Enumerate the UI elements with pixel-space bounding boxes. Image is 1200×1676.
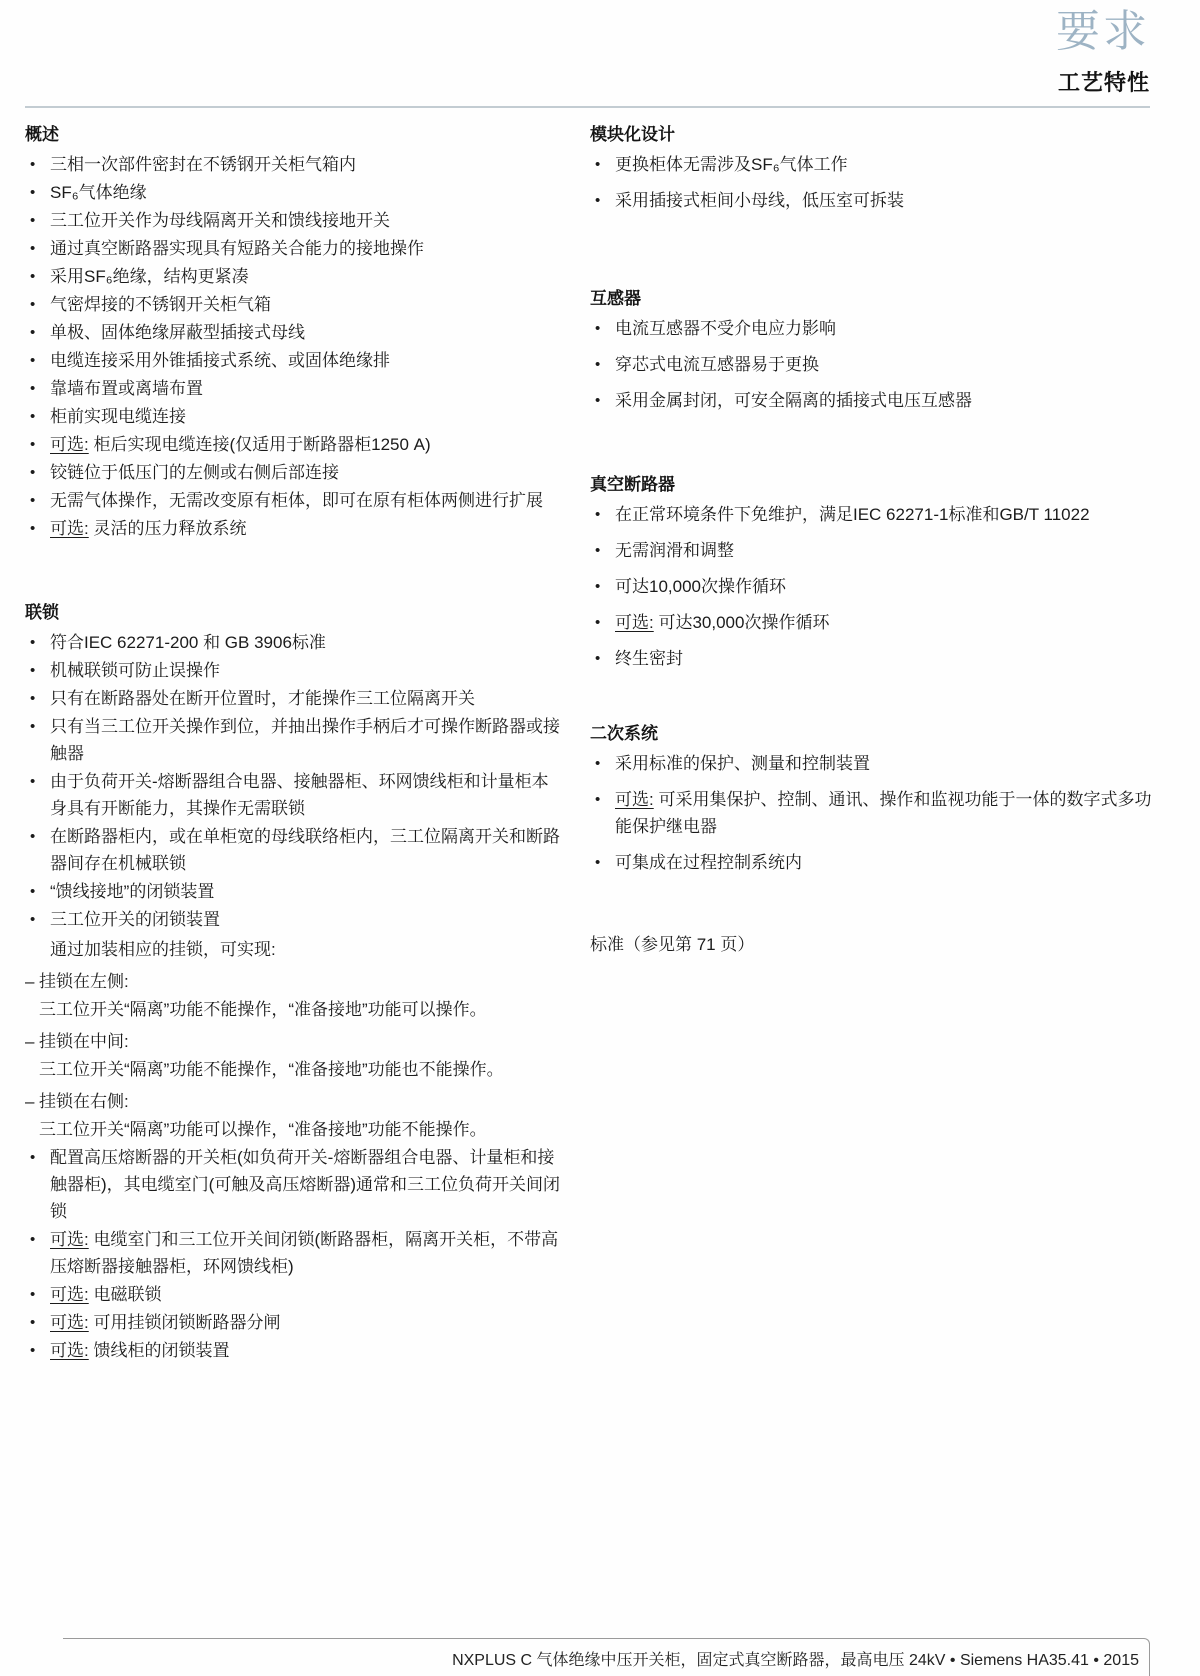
section: 联锁•符合IEC 62271-200 和 GB 3906标准•机械联锁可防止误操… — [25, 598, 562, 1364]
footer-text: NXPLUS C 气体绝缘中压开关柜，固定式真空断路器，最高电压 24kV • … — [452, 1652, 1139, 1669]
list-item: •采用SF₆绝缘，结构更紧凑 — [25, 263, 562, 290]
item-text: 灵活的压力释放系统 — [93, 519, 246, 538]
bullet-icon: • — [595, 315, 600, 342]
bullet-icon: • — [30, 459, 35, 486]
item-text: 可达10,000次操作循环 — [615, 577, 786, 596]
list-item: •电流互感器不受介电应力影响 — [590, 315, 1168, 342]
item-text: 采用插接式柜间小母线，低压室可拆装 — [615, 191, 904, 210]
item-text: 只有当三工位开关操作到位，并抽出操作手柄后才可操作断路器或接触器 — [50, 717, 560, 763]
bullet-icon: • — [595, 351, 600, 378]
section-heading: 联锁 — [25, 598, 562, 623]
list-item: 三工位开关“隔离”功能可以操作，“准备接地”功能不能操作。 — [25, 1116, 562, 1143]
bullet-icon: • — [595, 750, 600, 777]
list-item: •三工位开关的闭锁装置 — [25, 906, 562, 933]
item-text: 通过真空断路器实现具有短路关合能力的接地操作 — [50, 239, 424, 258]
bullet-icon: • — [30, 906, 35, 933]
item-list: •更换柜体无需涉及SF₆气体工作•采用插接式柜间小母线，低压室可拆装 — [590, 151, 1168, 214]
list-item: –挂锁在右侧: — [25, 1088, 562, 1115]
item-text: 在正常环境条件下免维护，满足IEC 62271-1标准和GB/T 11022 — [615, 505, 1090, 524]
item-text: 三工位开关“隔离”功能不能操作，“准备接地”功能可以操作。 — [39, 1000, 487, 1019]
item-text: 通过加装相应的挂锁，可实现: — [50, 940, 276, 959]
item-text: 电缆连接采用外锥插接式系统、或固体绝缘排 — [50, 351, 390, 370]
bullet-icon: • — [30, 1281, 35, 1308]
list-item: •采用插接式柜间小母线，低压室可拆装 — [590, 187, 1168, 214]
list-item: 通过加装相应的挂锁，可实现: — [25, 936, 562, 963]
list-item: •可选: 灵活的压力释放系统 — [25, 515, 562, 542]
list-item: •可集成在过程控制系统内 — [590, 849, 1168, 876]
optional-label: 可选: — [615, 613, 654, 632]
item-text: 无需气体操作，无需改变原有柜体，即可在原有柜体两侧进行扩展 — [50, 491, 543, 510]
bullet-icon: • — [30, 1144, 35, 1171]
item-text: 电缆室门和三工位开关间闭锁(断路器柜，隔离开关柜，不带高压熔断器接触器柜，环网馈… — [50, 1230, 558, 1276]
list-item: •可选: 可达30,000次操作循环 — [590, 609, 1168, 636]
bullet-icon: • — [30, 347, 35, 374]
list-item: •铰链位于低压门的左侧或右侧后部连接 — [25, 459, 562, 486]
optional-label: 可选: — [50, 1313, 89, 1332]
item-text: 可达30,000次操作循环 — [658, 613, 829, 632]
optional-label: 可选: — [50, 435, 89, 454]
bullet-icon: • — [595, 573, 600, 600]
page-subtitle: 工艺特性 — [1056, 66, 1150, 97]
bullet-icon: • — [30, 685, 35, 712]
item-text: 可集成在过程控制系统内 — [615, 853, 802, 872]
list-item: •SF₆气体绝缘 — [25, 179, 562, 206]
item-text: 柜后实现电缆连接(仅适用于断路器柜1250 A) — [93, 435, 430, 454]
list-item: •柜前实现电缆连接 — [25, 403, 562, 430]
item-text: 气密焊接的不锈钢开关柜气箱 — [50, 295, 271, 314]
item-text: 更换柜体无需涉及SF₆气体工作 — [615, 155, 848, 174]
bullet-icon: • — [30, 768, 35, 795]
bullet-icon: • — [30, 235, 35, 262]
item-text: “馈线接地”的闭锁装置 — [50, 882, 214, 901]
item-list: •采用标准的保护、测量和控制装置•可选: 可采用集保护、控制、通讯、操作和监视功… — [590, 750, 1168, 876]
list-item: •可选: 可用挂锁闭锁断路器分闸 — [25, 1309, 562, 1336]
list-item: •三工位开关作为母线隔离开关和馈线接地开关 — [25, 207, 562, 234]
bullet-icon: • — [30, 431, 35, 458]
right-column: 模块化设计•更换柜体无需涉及SF₆气体工作•采用插接式柜间小母线，低压室可拆装互… — [590, 120, 1168, 955]
item-text: 可采用集保护、控制、通讯、操作和监视功能于一体的数字式多功能保护继电器 — [615, 790, 1151, 836]
list-item: •“馈线接地”的闭锁装置 — [25, 878, 562, 905]
item-text: 三工位开关的闭锁装置 — [50, 910, 220, 929]
bullet-icon: • — [595, 786, 600, 813]
catalog-page: 要求 工艺特性 概述•三相一次部件密封在不锈钢开关柜气箱内•SF₆气体绝缘•三工… — [0, 0, 1200, 1676]
bullet-icon: • — [30, 657, 35, 684]
optional-label: 可选: — [50, 1230, 89, 1249]
item-text: 铰链位于低压门的左侧或右侧后部连接 — [50, 463, 339, 482]
item-text: 电磁联锁 — [93, 1285, 161, 1304]
section: 模块化设计•更换柜体无需涉及SF₆气体工作•采用插接式柜间小母线，低压室可拆装 — [590, 120, 1168, 214]
right-column-sections: 模块化设计•更换柜体无需涉及SF₆气体工作•采用插接式柜间小母线，低压室可拆装互… — [590, 120, 1168, 876]
list-item: •三相一次部件密封在不锈钢开关柜气箱内 — [25, 151, 562, 178]
item-text: 三工位开关“隔离”功能不能操作，“准备接地”功能也不能操作。 — [39, 1060, 504, 1079]
left-column: 概述•三相一次部件密封在不锈钢开关柜气箱内•SF₆气体绝缘•三工位开关作为母线隔… — [25, 120, 562, 1365]
bullet-icon: • — [595, 849, 600, 876]
section-heading: 互感器 — [590, 284, 1168, 309]
bullet-icon: • — [595, 537, 600, 564]
item-text: 采用金属封闭，可安全隔离的插接式电压互感器 — [615, 391, 972, 410]
list-item: •可选: 馈线柜的闭锁装置 — [25, 1337, 562, 1364]
item-text: 采用标准的保护、测量和控制装置 — [615, 754, 870, 773]
item-list: •电流互感器不受介电应力影响•穿芯式电流互感器易于更换•采用金属封闭，可安全隔离… — [590, 315, 1168, 414]
bullet-icon: • — [595, 187, 600, 214]
section-heading: 模块化设计 — [590, 120, 1168, 145]
item-text: 配置高压熔断器的开关柜(如负荷开关-熔断器组合电器、计量柜和接触器柜)，其电缆室… — [50, 1148, 560, 1221]
list-item: •符合IEC 62271-200 和 GB 3906标准 — [25, 629, 562, 656]
item-text: 机械联锁可防止误操作 — [50, 661, 220, 680]
list-item: •可选: 柜后实现电缆连接(仅适用于断路器柜1250 A) — [25, 431, 562, 458]
bullet-icon: • — [30, 151, 35, 178]
section: 概述•三相一次部件密封在不锈钢开关柜气箱内•SF₆气体绝缘•三工位开关作为母线隔… — [25, 120, 562, 542]
bullet-icon: • — [30, 263, 35, 290]
list-item: •无需润滑和调整 — [590, 537, 1168, 564]
item-text: 穿芯式电流互感器易于更换 — [615, 355, 819, 374]
item-text: 馈线柜的闭锁装置 — [93, 1341, 229, 1360]
list-item: •只有当三工位开关操作到位，并抽出操作手柄后才可操作断路器或接触器 — [25, 713, 562, 767]
list-item: –挂锁在中间: — [25, 1028, 562, 1055]
list-item: •可选: 电缆室门和三工位开关间闭锁(断路器柜，隔离开关柜，不带高压熔断器接触器… — [25, 1226, 562, 1280]
list-item: •电缆连接采用外锥插接式系统、或固体绝缘排 — [25, 347, 562, 374]
item-text: 可用挂锁闭锁断路器分闸 — [93, 1313, 280, 1332]
item-list: •符合IEC 62271-200 和 GB 3906标准•机械联锁可防止误操作•… — [25, 629, 562, 1364]
page-footer: NXPLUS C 气体绝缘中压开关柜，固定式真空断路器，最高电压 24kV • … — [63, 1638, 1150, 1676]
bullet-icon: • — [595, 645, 600, 672]
bullet-icon: • — [595, 151, 600, 178]
item-text: 在断路器柜内，或在单柜宽的母线联络柜内，三工位隔离开关和断路器间存在机械联锁 — [50, 827, 560, 873]
bullet-icon: • — [30, 878, 35, 905]
optional-label: 可选: — [50, 1285, 89, 1304]
list-item: •通过真空断路器实现具有短路关合能力的接地操作 — [25, 235, 562, 262]
item-text: 符合IEC 62271-200 和 GB 3906标准 — [50, 633, 326, 652]
dash-icon: – — [25, 968, 34, 995]
item-text: SF₆气体绝缘 — [50, 183, 147, 202]
list-item: 三工位开关“隔离”功能不能操作，“准备接地”功能也不能操作。 — [25, 1056, 562, 1083]
list-item: •靠墙布置或离墙布置 — [25, 375, 562, 402]
list-item: –挂锁在左侧: — [25, 968, 562, 995]
list-item: •气密焊接的不锈钢开关柜气箱 — [25, 291, 562, 318]
item-text: 终生密封 — [615, 649, 683, 668]
bullet-icon: • — [30, 515, 35, 542]
bullet-icon: • — [30, 1337, 35, 1364]
item-list: •三相一次部件密封在不锈钢开关柜气箱内•SF₆气体绝缘•三工位开关作为母线隔离开… — [25, 151, 562, 542]
bullet-icon: • — [30, 375, 35, 402]
item-text: 挂锁在中间: — [39, 1032, 129, 1051]
bullet-icon: • — [30, 629, 35, 656]
list-item: •穿芯式电流互感器易于更换 — [590, 351, 1168, 378]
item-text: 采用SF₆绝缘，结构更紧凑 — [50, 267, 249, 286]
list-item: •由于负荷开关-熔断器组合电器、接触器柜、环网馈线柜和计量柜本身具有开断能力，其… — [25, 768, 562, 822]
item-text: 三工位开关作为母线隔离开关和馈线接地开关 — [50, 211, 390, 230]
item-list: •在正常环境条件下免维护，满足IEC 62271-1标准和GB/T 11022•… — [590, 501, 1168, 672]
bullet-icon: • — [595, 501, 600, 528]
bullet-icon: • — [30, 291, 35, 318]
list-item: •在断路器柜内，或在单柜宽的母线联络柜内，三工位隔离开关和断路器间存在机械联锁 — [25, 823, 562, 877]
list-item: •更换柜体无需涉及SF₆气体工作 — [590, 151, 1168, 178]
item-text: 柜前实现电缆连接 — [50, 407, 186, 426]
page-header: 要求 工艺特性 — [1056, 4, 1150, 97]
bullet-icon: • — [30, 1226, 35, 1253]
list-item: •终生密封 — [590, 645, 1168, 672]
list-item: •在正常环境条件下免维护，满足IEC 62271-1标准和GB/T 11022 — [590, 501, 1168, 528]
standards-note: 标准（参见第 71 页） — [590, 930, 1168, 955]
section-heading: 二次系统 — [590, 719, 1168, 744]
list-item: •单极、固体绝缘屏蔽型插接式母线 — [25, 319, 562, 346]
section: 二次系统•采用标准的保护、测量和控制装置•可选: 可采用集保护、控制、通讯、操作… — [590, 719, 1168, 876]
list-item: •无需气体操作，无需改变原有柜体，即可在原有柜体两侧进行扩展 — [25, 487, 562, 514]
header-divider — [25, 106, 1150, 108]
item-text: 电流互感器不受介电应力影响 — [615, 319, 836, 338]
section: 真空断路器•在正常环境条件下免维护，满足IEC 62271-1标准和GB/T 1… — [590, 470, 1168, 672]
section-heading: 概述 — [25, 120, 562, 145]
list-item: •机械联锁可防止误操作 — [25, 657, 562, 684]
section: 互感器•电流互感器不受介电应力影响•穿芯式电流互感器易于更换•采用金属封闭，可安… — [590, 284, 1168, 414]
list-item: •可选: 可采用集保护、控制、通讯、操作和监视功能于一体的数字式多功能保护继电器 — [590, 786, 1168, 840]
item-text: 挂锁在右侧: — [39, 1092, 129, 1111]
bullet-icon: • — [30, 1309, 35, 1336]
list-item: •配置高压熔断器的开关柜(如负荷开关-熔断器组合电器、计量柜和接触器柜)，其电缆… — [25, 1144, 562, 1225]
list-item: •可选: 电磁联锁 — [25, 1281, 562, 1308]
list-item: •只有在断路器处在断开位置时，才能操作三工位隔离开关 — [25, 685, 562, 712]
item-text: 由于负荷开关-熔断器组合电器、接触器柜、环网馈线柜和计量柜本身具有开断能力，其操… — [50, 772, 549, 818]
bullet-icon: • — [30, 403, 35, 430]
list-item: •采用标准的保护、测量和控制装置 — [590, 750, 1168, 777]
item-text: 三工位开关“隔离”功能可以操作，“准备接地”功能不能操作。 — [39, 1120, 487, 1139]
dash-icon: – — [25, 1028, 34, 1055]
bullet-icon: • — [595, 609, 600, 636]
list-item: 三工位开关“隔离”功能不能操作，“准备接地”功能可以操作。 — [25, 996, 562, 1023]
bullet-icon: • — [30, 179, 35, 206]
bullet-icon: • — [30, 319, 35, 346]
item-text: 靠墙布置或离墙布置 — [50, 379, 203, 398]
optional-label: 可选: — [50, 519, 89, 538]
item-text: 挂锁在左侧: — [39, 972, 129, 991]
item-text: 只有在断路器处在断开位置时，才能操作三工位隔离开关 — [50, 689, 475, 708]
section-heading: 真空断路器 — [590, 470, 1168, 495]
optional-label: 可选: — [50, 1341, 89, 1360]
bullet-icon: • — [30, 713, 35, 740]
dash-icon: – — [25, 1088, 34, 1115]
bullet-icon: • — [30, 823, 35, 850]
bullet-icon: • — [30, 487, 35, 514]
list-item: •采用金属封闭，可安全隔离的插接式电压互感器 — [590, 387, 1168, 414]
bullet-icon: • — [30, 207, 35, 234]
bullet-icon: • — [595, 387, 600, 414]
list-item: •可达10,000次操作循环 — [590, 573, 1168, 600]
item-text: 三相一次部件密封在不锈钢开关柜气箱内 — [50, 155, 356, 174]
item-text: 无需润滑和调整 — [615, 541, 734, 560]
optional-label: 可选: — [615, 790, 654, 809]
item-text: 单极、固体绝缘屏蔽型插接式母线 — [50, 323, 305, 342]
page-title: 要求 — [1056, 4, 1150, 59]
